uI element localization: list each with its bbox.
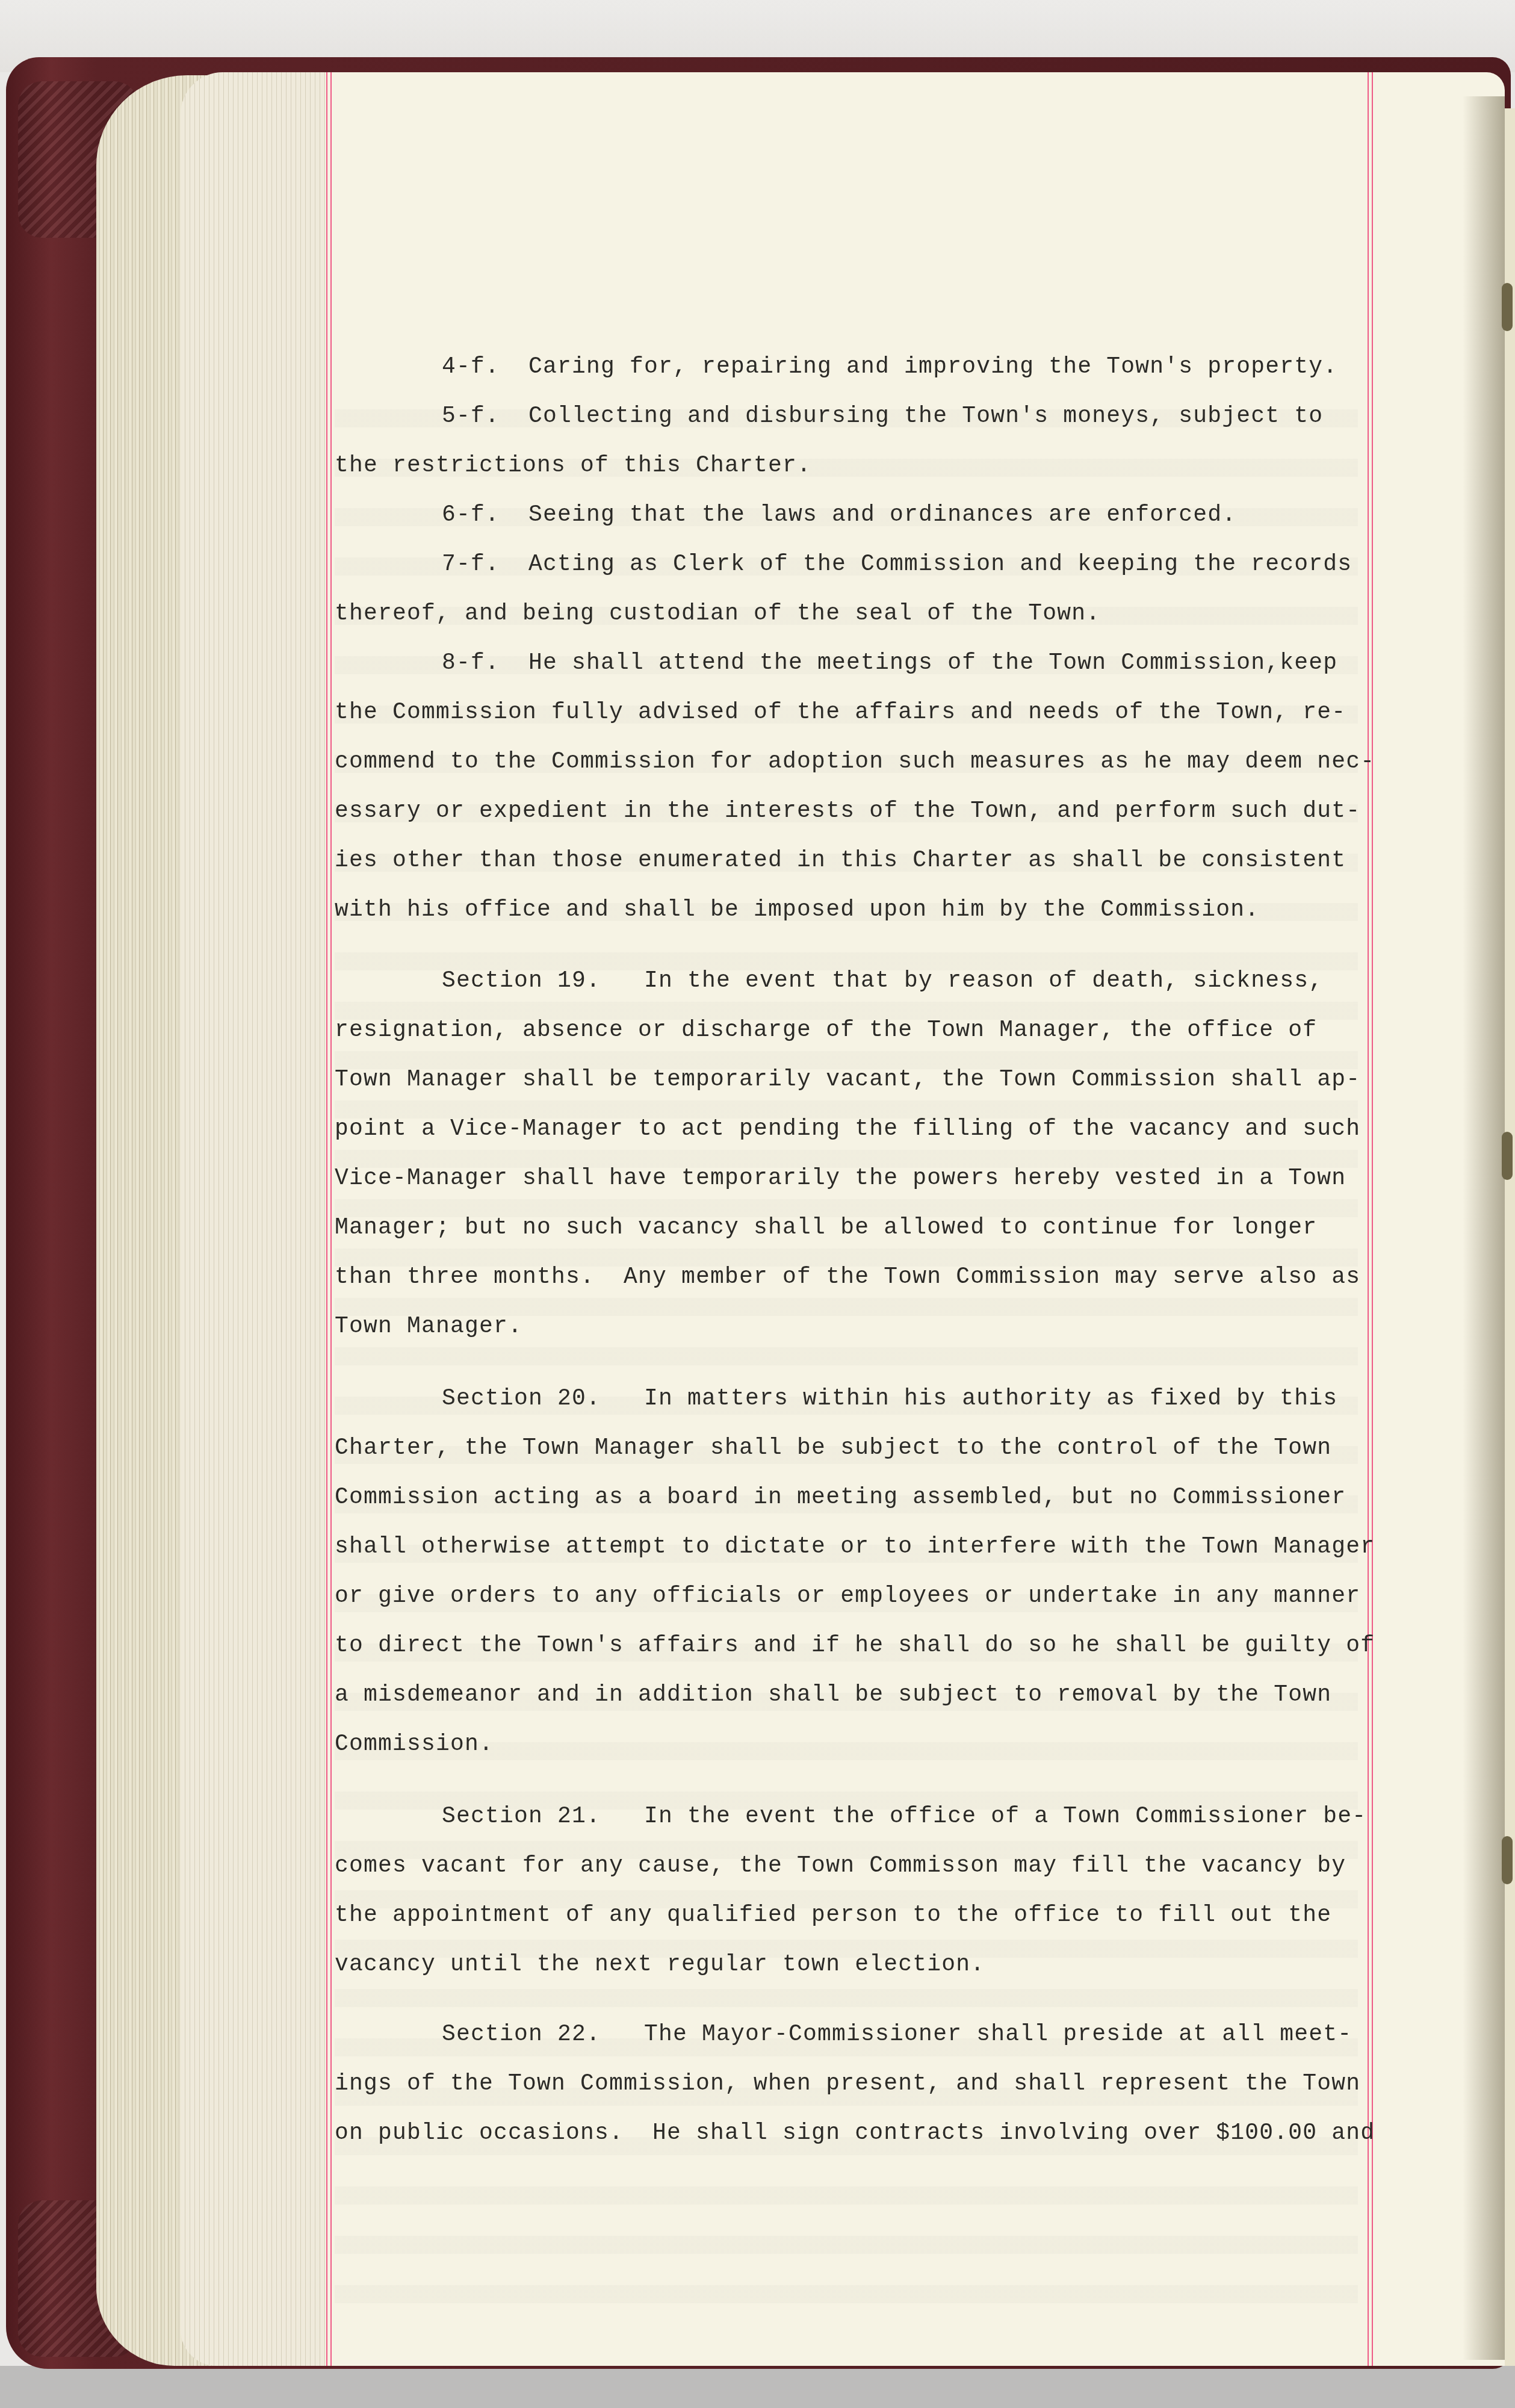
text-line: ies other than those enumerated in this … [335, 843, 1346, 879]
text-line: the restrictions of this Charter. [335, 448, 811, 484]
text-line: 5-f. Collecting and disbursing the Town'… [442, 399, 1323, 435]
text-line: Commission. [335, 1727, 494, 1763]
left-margin-rule [326, 72, 332, 2366]
text-line: the Commission fully advised of the affa… [335, 695, 1346, 731]
text-line: Town Manager shall be temporarily vacant… [335, 1062, 1360, 1098]
text-line: Charter, the Town Manager shall be subje… [335, 1430, 1331, 1466]
text-line: Vice-Manager shall have temporarily the … [335, 1161, 1346, 1197]
text-line: Section 19. In the event that by reason … [442, 963, 1323, 999]
scan-background-bottom [0, 2366, 1515, 2408]
binding-clasp-top [1502, 283, 1513, 331]
page-gutter-shadow [1463, 96, 1505, 2360]
text-line: 8-f. He shall attend the meetings of the… [442, 645, 1337, 681]
text-line: Section 21. In the event the office of a… [442, 1799, 1366, 1835]
text-line: 7-f. Acting as Clerk of the Commission a… [442, 547, 1352, 583]
text-line: Manager; but no such vacancy shall be al… [335, 1210, 1317, 1246]
text-line: 6-f. Seeing that the laws and ordinances… [442, 497, 1236, 533]
right-margin-rule [1368, 72, 1373, 2366]
text-line: Commission acting as a board in meeting … [335, 1480, 1346, 1516]
text-line: commend to the Commission for adoption s… [335, 744, 1375, 780]
text-line: to direct the Town's affairs and if he s… [335, 1628, 1375, 1664]
binding-clasp-bottom [1502, 1836, 1513, 1884]
text-line: Town Manager. [335, 1309, 522, 1345]
text-line: resignation, absence or discharge of the… [335, 1013, 1317, 1049]
text-line: Section 20. In matters within his author… [442, 1381, 1337, 1417]
text-line: thereof, and being custodian of the seal… [335, 596, 1100, 632]
text-line: a misdemeanor and in addition shall be s… [335, 1677, 1331, 1713]
text-line: essary or expedient in the interests of … [335, 793, 1360, 830]
binding-clasp-middle [1502, 1132, 1513, 1180]
stacked-page-edges-inner [181, 72, 337, 2366]
text-line: on public occasions. He shall sign contr… [335, 2115, 1375, 2152]
text-line: shall otherwise attempt to dictate or to… [335, 1529, 1375, 1565]
text-line: comes vacant for any cause, the Town Com… [335, 1848, 1346, 1884]
text-line: or give orders to any officials or emplo… [335, 1578, 1360, 1615]
text-line: point a Vice-Manager to act pending the … [335, 1111, 1360, 1147]
text-line: than three months. Any member of the Tow… [335, 1259, 1360, 1296]
facing-page-edge [1505, 108, 1515, 2366]
text-line: ings of the Town Commission, when presen… [335, 2066, 1360, 2102]
text-line: vacancy until the next regular town elec… [335, 1947, 985, 1983]
text-line: Section 22. The Mayor-Commissioner shall… [442, 2017, 1352, 2053]
text-line: the appointment of any qualified person … [335, 1898, 1331, 1934]
text-line: 4-f. Caring for, repairing and improving… [442, 349, 1337, 385]
text-line: with his office and shall be imposed upo… [335, 892, 1259, 928]
